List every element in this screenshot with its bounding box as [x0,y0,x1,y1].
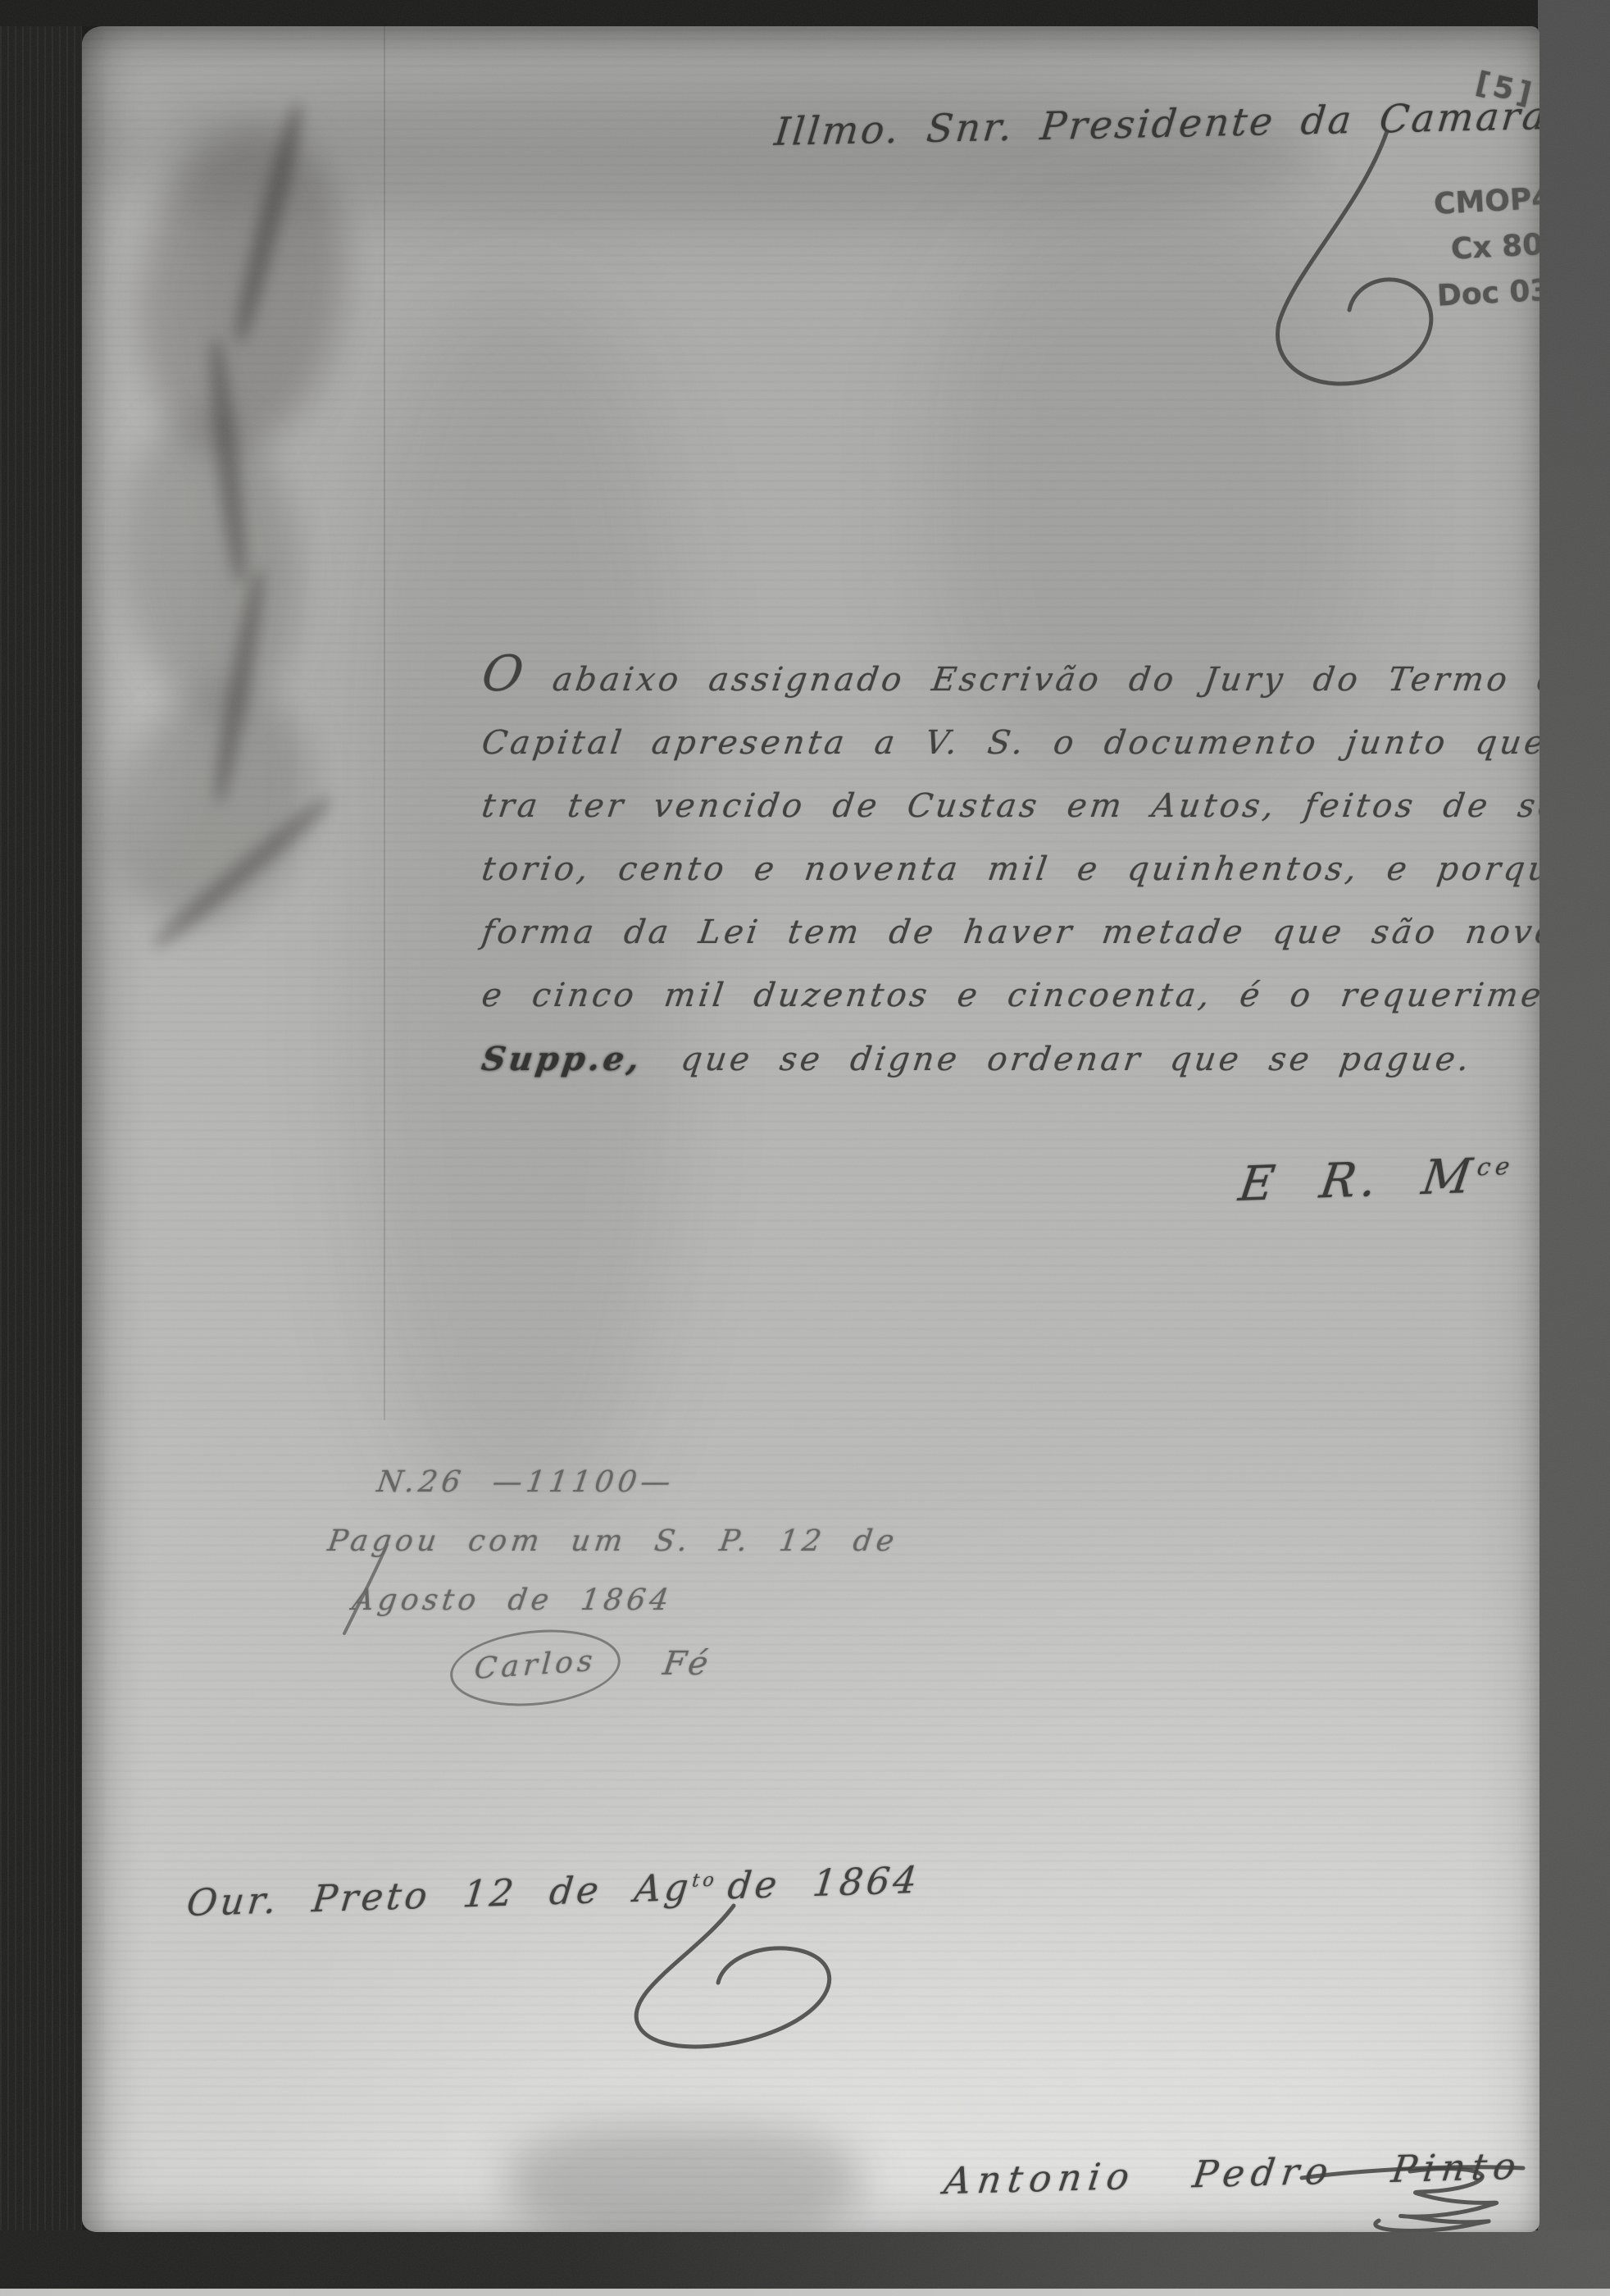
scanner-frame-top [0,0,1610,26]
heading-paraph-flourish [1278,131,1431,384]
scanner-frame-edge-highlight [0,2289,1610,2296]
payment-date-upstroke [344,1545,387,1633]
scanner-frame-bottom [0,2230,1610,2296]
scanner-frame-left [0,0,82,2296]
ink-flourishes [82,26,1540,2232]
dateline-loop-flourish [636,1906,830,2047]
scanner-frame-right [1538,0,1610,2296]
scanned-document: [5] CMOP4 Cx 80 Doc 03 Illmo. Snr. Presi… [0,0,1610,2296]
document-page: [5] CMOP4 Cx 80 Doc 03 Illmo. Snr. Presi… [82,26,1540,2232]
signature-spiral-flourish [1376,2169,1497,2231]
